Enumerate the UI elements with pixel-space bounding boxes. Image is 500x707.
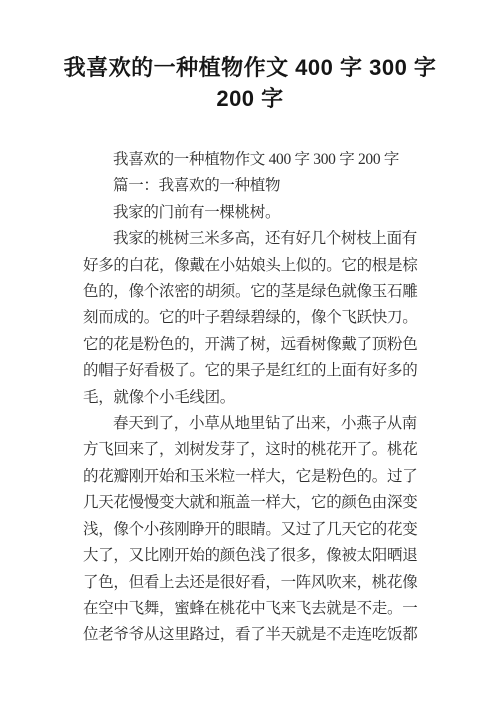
text-line: 我家的门前有一棵桃树。 xyxy=(83,200,421,226)
text-line: 色的，像个浓密的胡须。它的茎是绿色就像玉石雕 xyxy=(83,279,421,305)
text-line: 毛，就像个小毛线团。 xyxy=(83,385,421,411)
text-line: 浅，像个小孩刚睁开的眼睛。又过了几天它的花变 xyxy=(83,517,421,543)
text-line: 了色，但看上去还是很好看，一阵风吹来，桃花像 xyxy=(83,570,421,596)
text-line: 位老爷爷从这里路过，看了半天就是不走连吃饭都 xyxy=(83,622,421,648)
text-line: 好多的白花，像戴在小姑娘头上似的。它的根是棕 xyxy=(83,253,421,279)
document-body: 我喜欢的一种植物作文 400 字 300 字 200 字篇一：我喜欢的一种植物我… xyxy=(83,147,421,649)
text-line: 我喜欢的一种植物作文 400 字 300 字 200 字 xyxy=(83,147,421,173)
text-line: 我家的桃树三米多高，还有好几个树枝上面有 xyxy=(83,226,421,252)
text-line: 篇一：我喜欢的一种植物 xyxy=(83,173,421,199)
text-line: 它的花是粉色的，开满了树，远看树像戴了顶粉色 xyxy=(83,332,421,358)
text-line: 几天花慢慢变大就和瓶盖一样大，它的颜色由深变 xyxy=(83,490,421,516)
text-line: 的花瓣刚开始和玉米粒一样大，它是粉色的。过了 xyxy=(83,464,421,490)
text-line: 大了，又比刚开始的颜色浅了很多，像被太阳晒退 xyxy=(83,543,421,569)
text-line: 的帽子好看极了。它的果子是红红的上面有好多的 xyxy=(83,358,421,384)
document-title: 我喜欢的一种植物作文 400 字 300 字200 字 xyxy=(0,52,500,114)
title-line: 我喜欢的一种植物作文 400 字 300 字 xyxy=(0,52,500,83)
document-page: 我喜欢的一种植物作文 400 字 300 字200 字 我喜欢的一种植物作文 4… xyxy=(0,0,500,707)
title-line: 200 字 xyxy=(0,83,500,114)
text-line: 刻而成的。它的叶子碧绿碧绿的，像个飞跃快刀。 xyxy=(83,305,421,331)
text-line: 在空中飞舞，蜜蜂在桃花中飞来飞去就是不走。一 xyxy=(83,596,421,622)
text-line: 春天到了，小草从地里钻了出来，小燕子从南 xyxy=(83,411,421,437)
text-line: 方飞回来了，刘树发芽了，这时的桃花开了。桃花 xyxy=(83,437,421,463)
